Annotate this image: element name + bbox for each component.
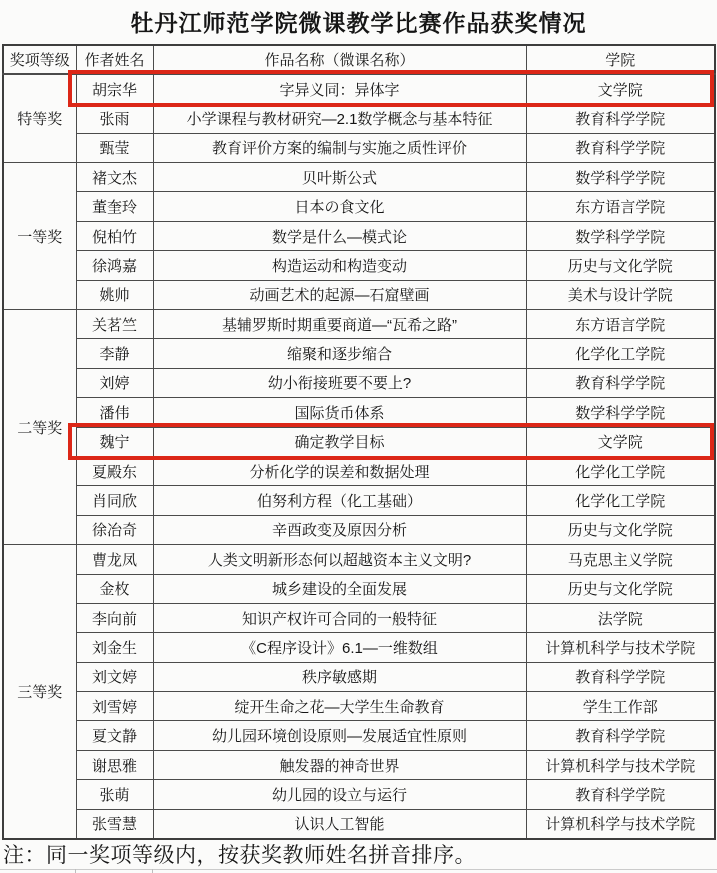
work-title-cell: 秩序敏感期 [153, 662, 526, 691]
cropped-table-tick [75, 869, 76, 873]
table-row: 刘雪婷 绽开生命之花—大学生生命教育 学生工作部 [3, 692, 715, 721]
author-name-cell: 魏宁 [76, 427, 153, 456]
table-row: 董奎玲 日本の食文化 东方语言学院 [3, 192, 715, 221]
work-title-cell: 《C程序设计》6.1—一维数组 [153, 633, 526, 662]
work-title-cell: 教育评价方案的编制与实施之质性评价 [153, 133, 526, 162]
work-title-cell: 分析化学的误差和数据处理 [153, 456, 526, 485]
column-header-award-level: 奖项等级 [3, 45, 76, 74]
college-cell: 文学院 [526, 74, 715, 103]
table-row: 潘伟 国际货币体系 数学科学学院 [3, 398, 715, 427]
work-title-cell: 幼儿园的设立与运行 [153, 780, 526, 809]
table-row: 张雨 小学课程与教材研究—2.1数学概念与基本特征 教育科学学院 [3, 104, 715, 133]
work-title-cell: 数学是什么—模式论 [153, 221, 526, 250]
work-title-cell: 幼儿园环境创设原则—发展适宜性原则 [153, 721, 526, 750]
table-row: 倪柏竹 数学是什么—模式论 数学科学学院 [3, 221, 715, 250]
table-row: 刘文婷 秩序敏感期 教育科学学院 [3, 662, 715, 691]
table-row: 张萌 幼儿园的设立与运行 教育科学学院 [3, 780, 715, 809]
author-name-cell: 刘文婷 [76, 662, 153, 691]
college-cell: 法学院 [526, 603, 715, 632]
work-title-cell: 动画艺术的起源—石窟壁画 [153, 280, 526, 309]
college-cell: 计算机科学与技术学院 [526, 809, 715, 838]
table-row: 刘金生 《C程序设计》6.1—一维数组 计算机科学与技术学院 [3, 633, 715, 662]
table-row: 金枚 城乡建设的全面发展 历史与文化学院 [3, 574, 715, 603]
work-title-cell: 确定教学目标 [153, 427, 526, 456]
work-title-cell: 小学课程与教材研究—2.1数学概念与基本特征 [153, 104, 526, 133]
college-cell: 教育科学学院 [526, 133, 715, 162]
author-name-cell: 姚帅 [76, 280, 153, 309]
work-title-cell: 触发器的神奇世界 [153, 750, 526, 779]
table-row: 夏文静 幼儿园环境创设原则—发展适宜性原则 教育科学学院 [3, 721, 715, 750]
table-row: 徐鸿嘉 构造运动和构造变动 历史与文化学院 [3, 251, 715, 280]
author-name-cell: 张萌 [76, 780, 153, 809]
footnote: 注：同一奖项等级内，按获奖教师姓名拼音排序。 [3, 839, 476, 869]
table-row: 甄莹 教育评价方案的编制与实施之质性评价 教育科学学院 [3, 133, 715, 162]
table-row: 肖同欣 伯努利方程（化工基础） 化学化工学院 [3, 486, 715, 515]
table-row: 一等奖 褚文杰 贝叶斯公式 数学科学学院 [3, 163, 715, 192]
college-cell: 历史与文化学院 [526, 515, 715, 544]
work-title-cell: 城乡建设的全面发展 [153, 574, 526, 603]
author-name-cell: 胡宗华 [76, 74, 153, 103]
college-cell: 教育科学学院 [526, 368, 715, 397]
work-title-cell: 日本の食文化 [153, 192, 526, 221]
work-title-cell: 辛酉政变及原因分析 [153, 515, 526, 544]
award-level-cell: 一等奖 [3, 163, 76, 310]
college-cell: 教育科学学院 [526, 104, 715, 133]
awards-table: 奖项等级 作者姓名 作品名称（微课名称） 学院 特等奖 胡宗华 字异义同：异体字… [2, 44, 716, 840]
work-title-cell: 基辅罗斯时期重要商道—“瓦希之路” [153, 310, 526, 339]
work-title-cell: 伯努利方程（化工基础） [153, 486, 526, 515]
table-row: 三等奖 曹龙凤 人类文明新形态何以超越资本主义文明? 马克思主义学院 [3, 545, 715, 574]
award-level-cell: 三等奖 [3, 545, 76, 839]
author-name-cell: 张雪慧 [76, 809, 153, 838]
table-row: 姚帅 动画艺术的起源—石窟壁画 美术与设计学院 [3, 280, 715, 309]
author-name-cell: 董奎玲 [76, 192, 153, 221]
table-row: 刘婷 幼小衔接班要不要上? 教育科学学院 [3, 368, 715, 397]
work-title-cell: 幼小衔接班要不要上? [153, 368, 526, 397]
header-row: 奖项等级 作者姓名 作品名称（微课名称） 学院 [3, 45, 715, 74]
table-row: 二等奖 关茗竺 基辅罗斯时期重要商道—“瓦希之路” 东方语言学院 [3, 310, 715, 339]
table-row: 谢思雅 触发器的神奇世界 计算机科学与技术学院 [3, 750, 715, 779]
college-cell: 东方语言学院 [526, 192, 715, 221]
work-title-cell: 国际货币体系 [153, 398, 526, 427]
author-name-cell: 张雨 [76, 104, 153, 133]
author-name-cell: 刘婷 [76, 368, 153, 397]
author-name-cell: 金枚 [76, 574, 153, 603]
college-cell: 数学科学学院 [526, 221, 715, 250]
table-row: 特等奖 胡宗华 字异义同：异体字 文学院 [3, 74, 715, 103]
author-name-cell: 刘金生 [76, 633, 153, 662]
document-page: 牡丹江师范学院微课教学比赛作品获奖情况 奖项等级 作者姓名 作品名称（微课名称）… [0, 0, 717, 873]
column-header-work-title: 作品名称（微课名称） [153, 45, 526, 74]
college-cell: 美术与设计学院 [526, 280, 715, 309]
work-title-cell: 贝叶斯公式 [153, 163, 526, 192]
column-header-author-name: 作者姓名 [76, 45, 153, 74]
table-row: 李向前 知识产权许可合同的一般特征 法学院 [3, 603, 715, 632]
work-title-cell: 知识产权许可合同的一般特征 [153, 603, 526, 632]
college-cell: 教育科学学院 [526, 780, 715, 809]
author-name-cell: 褚文杰 [76, 163, 153, 192]
author-name-cell: 徐冶奇 [76, 515, 153, 544]
author-name-cell: 潘伟 [76, 398, 153, 427]
college-cell: 化学化工学院 [526, 486, 715, 515]
author-name-cell: 夏文静 [76, 721, 153, 750]
college-cell: 文学院 [526, 427, 715, 456]
college-cell: 东方语言学院 [526, 310, 715, 339]
work-title-cell: 字异义同：异体字 [153, 74, 526, 103]
author-name-cell: 谢思雅 [76, 750, 153, 779]
college-cell: 数学科学学院 [526, 163, 715, 192]
work-title-cell: 人类文明新形态何以超越资本主义文明? [153, 545, 526, 574]
work-title-cell: 缩聚和逐步缩合 [153, 339, 526, 368]
author-name-cell: 李静 [76, 339, 153, 368]
table-row: 夏殿东 分析化学的误差和数据处理 化学化工学院 [3, 456, 715, 485]
college-cell: 计算机科学与技术学院 [526, 750, 715, 779]
author-name-cell: 刘雪婷 [76, 692, 153, 721]
author-name-cell: 关茗竺 [76, 310, 153, 339]
author-name-cell: 甄莹 [76, 133, 153, 162]
author-name-cell: 徐鸿嘉 [76, 251, 153, 280]
work-title-cell: 构造运动和构造变动 [153, 251, 526, 280]
cropped-table-tick [152, 869, 153, 873]
author-name-cell: 曹龙凤 [76, 545, 153, 574]
table-row: 魏宁 确定教学目标 文学院 [3, 427, 715, 456]
college-cell: 化学化工学院 [526, 456, 715, 485]
college-cell: 教育科学学院 [526, 721, 715, 750]
cropped-next-table-line [0, 869, 717, 870]
college-cell: 学生工作部 [526, 692, 715, 721]
column-header-college: 学院 [526, 45, 715, 74]
work-title-cell: 绽开生命之花—大学生生命教育 [153, 692, 526, 721]
author-name-cell: 肖同欣 [76, 486, 153, 515]
author-name-cell: 夏殿东 [76, 456, 153, 485]
college-cell: 历史与文化学院 [526, 574, 715, 603]
college-cell: 历史与文化学院 [526, 251, 715, 280]
page-title: 牡丹江师范学院微课教学比赛作品获奖情况 [0, 5, 717, 38]
table-row: 张雪慧 认识人工智能 计算机科学与技术学院 [3, 809, 715, 838]
college-cell: 马克思主义学院 [526, 545, 715, 574]
college-cell: 教育科学学院 [526, 662, 715, 691]
table-row: 李静 缩聚和逐步缩合 化学化工学院 [3, 339, 715, 368]
table-row: 徐冶奇 辛酉政变及原因分析 历史与文化学院 [3, 515, 715, 544]
award-level-cell: 特等奖 [3, 74, 76, 162]
author-name-cell: 李向前 [76, 603, 153, 632]
college-cell: 计算机科学与技术学院 [526, 633, 715, 662]
college-cell: 化学化工学院 [526, 339, 715, 368]
author-name-cell: 倪柏竹 [76, 221, 153, 250]
work-title-cell: 认识人工智能 [153, 809, 526, 838]
college-cell: 数学科学学院 [526, 398, 715, 427]
award-level-cell: 二等奖 [3, 310, 76, 545]
